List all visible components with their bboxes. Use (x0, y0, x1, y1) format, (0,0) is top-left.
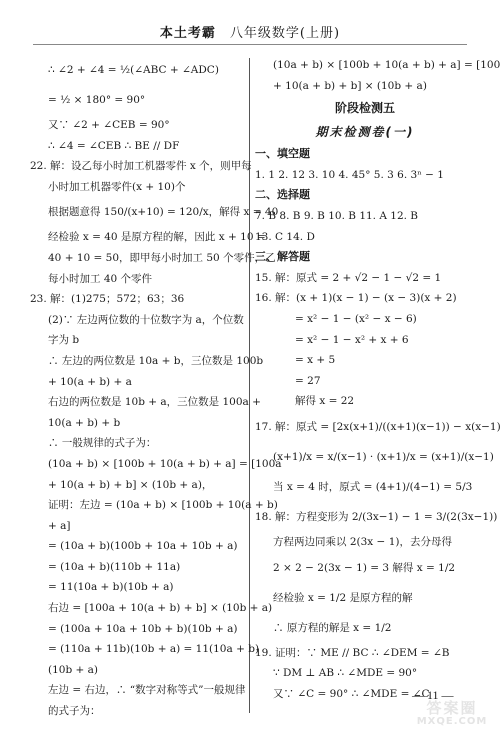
book-subtitle: 八年级数学(上册) (230, 26, 340, 41)
problem-22: 22. 解：设乙每小时加工机器零件 x 个，则甲每 (30, 156, 246, 177)
text-line: + 10(a + b) + a (30, 372, 246, 393)
problem-16: 16. 解：(x + 1)(x − 1) − (x − 3)(x + 2) (255, 288, 475, 309)
text-line: = 27 (255, 371, 475, 392)
text-line: 经检验 x = 40 是原方程的解，因此 x + 10 = (30, 227, 246, 248)
part2-heading: 二、选择题 (255, 185, 475, 206)
text-line: + 10(a + b) + b] × (10b + a)， (30, 475, 246, 496)
section-title: 阶段检测五 (255, 96, 475, 120)
text-line: + a] (30, 516, 246, 537)
text-line: = 11(10a + b)(10b + a) (30, 577, 246, 598)
text-line: = (10a + b)(110b + 11a) (30, 557, 246, 578)
book-brand: 本土考霸 (160, 26, 216, 41)
part3-heading: 三、解答题 (255, 247, 475, 268)
text-line: 经检验 x = 1/2 是原方程的解 (255, 583, 475, 613)
text-line: (2)∵ 左边两位数的十位数字为 a，个位数 (30, 310, 246, 331)
text-line: 10(a + b) + b (30, 413, 246, 434)
problem-19: 19. 证明：∵ ME // BC ∴ ∠DEM = ∠B (255, 643, 475, 664)
text-line: 又∵ ∠2 + ∠CEB = 90° (30, 115, 246, 136)
problem-17: 17. 解：原式 = [2x(x+1)/((x+1)(x−1)) − x(x−1… (255, 412, 475, 442)
text-line: 左边 = 右边，∴ “数字对称等式”一般规律 (30, 680, 246, 701)
text-line: 40 + 10 = 50，即甲每小时加工 50 个零件，乙 (30, 248, 246, 269)
text-line: (10b + a) (30, 660, 246, 681)
text-line: + 10(a + b) + b] × (10b + a) (255, 76, 475, 97)
left-column: ∴ ∠2 + ∠4 = ½(∠ABC + ∠ADC) = ½ × 180° = … (30, 55, 246, 722)
text-line: 右边的两位数是 10b + a，三位数是 100a + (30, 392, 246, 413)
right-column: (10a + b) × [100b + 10(a + b) + a] = [10… (255, 55, 475, 704)
text-line: 证明：左边 = (10a + b) × [100b + 10(a + b) (30, 495, 246, 516)
text-line: = x + 5 (255, 350, 475, 371)
text-line: 的式子为： (30, 701, 246, 722)
problem-23: 23. 解：(1)275；572；63；36 (30, 289, 246, 310)
exam-title: 期末检测卷(一) (255, 120, 475, 144)
part2-answers-row1: 7. B 8. B 9. B 10. B 11. A 12. B (255, 206, 475, 227)
text-line: = (10a + b)(100b + 10a + 10b + a) (30, 536, 246, 557)
text-line: 右边 = [100a + 10(a + b) + b] × (10b + a) (30, 598, 246, 619)
text-line: 字为 b (30, 330, 246, 351)
text-line: = (100a + 10a + 10b + b)(10b + a) (30, 619, 246, 640)
part1-answers: 1. 1 2. 12 3. 10 4. 45° 5. 3 6. 3ⁿ − 1 (255, 165, 475, 186)
text-line: ∴ 一般规律的式子为： (30, 433, 246, 454)
text-line: 根据题意得 150/(x+10) = 120/x，解得 x = 40 (30, 197, 246, 227)
page-header: 本土考霸八年级数学(上册) (33, 22, 467, 44)
text-line: = (110a + 11b)(10b + a) = 11(10a + b) (30, 639, 246, 660)
text-line: = x² − 1 − x² + x + 6 (255, 330, 475, 351)
text-line: ∴ 左边的两位数是 10a + b，三位数是 100b (30, 351, 246, 372)
problem-15: 15. 解：原式 = 2 + √2 − 1 − √2 = 1 (255, 268, 475, 289)
text-line: (10a + b) × [100b + 10(a + b) + a] = [10… (255, 55, 475, 76)
part2-answers-row2: 13. C 14. D (255, 227, 475, 248)
watermark: 答案圈 MXQE.COM (408, 700, 496, 728)
text-line: 解得 x = 22 (255, 391, 475, 412)
text-line: 方程两边同乘以 2(3x − 1)，去分母得 (255, 532, 475, 553)
text-line: 当 x = 4 时，原式 = (4+1)/(4−1) = 5/3 (255, 472, 475, 502)
text-line: (x+1)/x = x/(x−1) · (x+1)/x = (x+1)/(x−1… (255, 442, 475, 472)
text-line: 2 × 2 − 2(3x − 1) = 3 解得 x = 1/2 (255, 553, 475, 583)
part1-heading: 一、填空题 (255, 144, 475, 165)
watermark-url: MXQE.COM (408, 716, 496, 728)
text-line: ∴ ∠4 = ∠CEB ∴ BE // DF (30, 136, 246, 157)
watermark-logo-text: 答案圈 (408, 700, 496, 716)
text-line: ∵ DM ⊥ AB ∴ ∠MDE = 90° (255, 663, 475, 684)
text-line: ∴ ∠2 + ∠4 = ½(∠ABC + ∠ADC) (30, 55, 246, 85)
text-line: ∴ 原方程的解是 x = 1/2 (255, 613, 475, 643)
text-line: 小时加工机器零件(x + 10)个 (30, 177, 246, 198)
problem-18: 18. 解：方程变形为 2/(3x−1) − 1 = 3/(2(3x−1)) (255, 502, 475, 532)
header-rule (33, 44, 467, 45)
text-line: = x² − 1 − (x² − x − 6) (255, 309, 475, 330)
text-line: (10a + b) × [100b + 10(a + b) + a] = [10… (30, 454, 246, 475)
text-line: = ½ × 180° = 90° (30, 85, 246, 115)
text-line: 每小时加工 40 个零件 (30, 269, 246, 290)
